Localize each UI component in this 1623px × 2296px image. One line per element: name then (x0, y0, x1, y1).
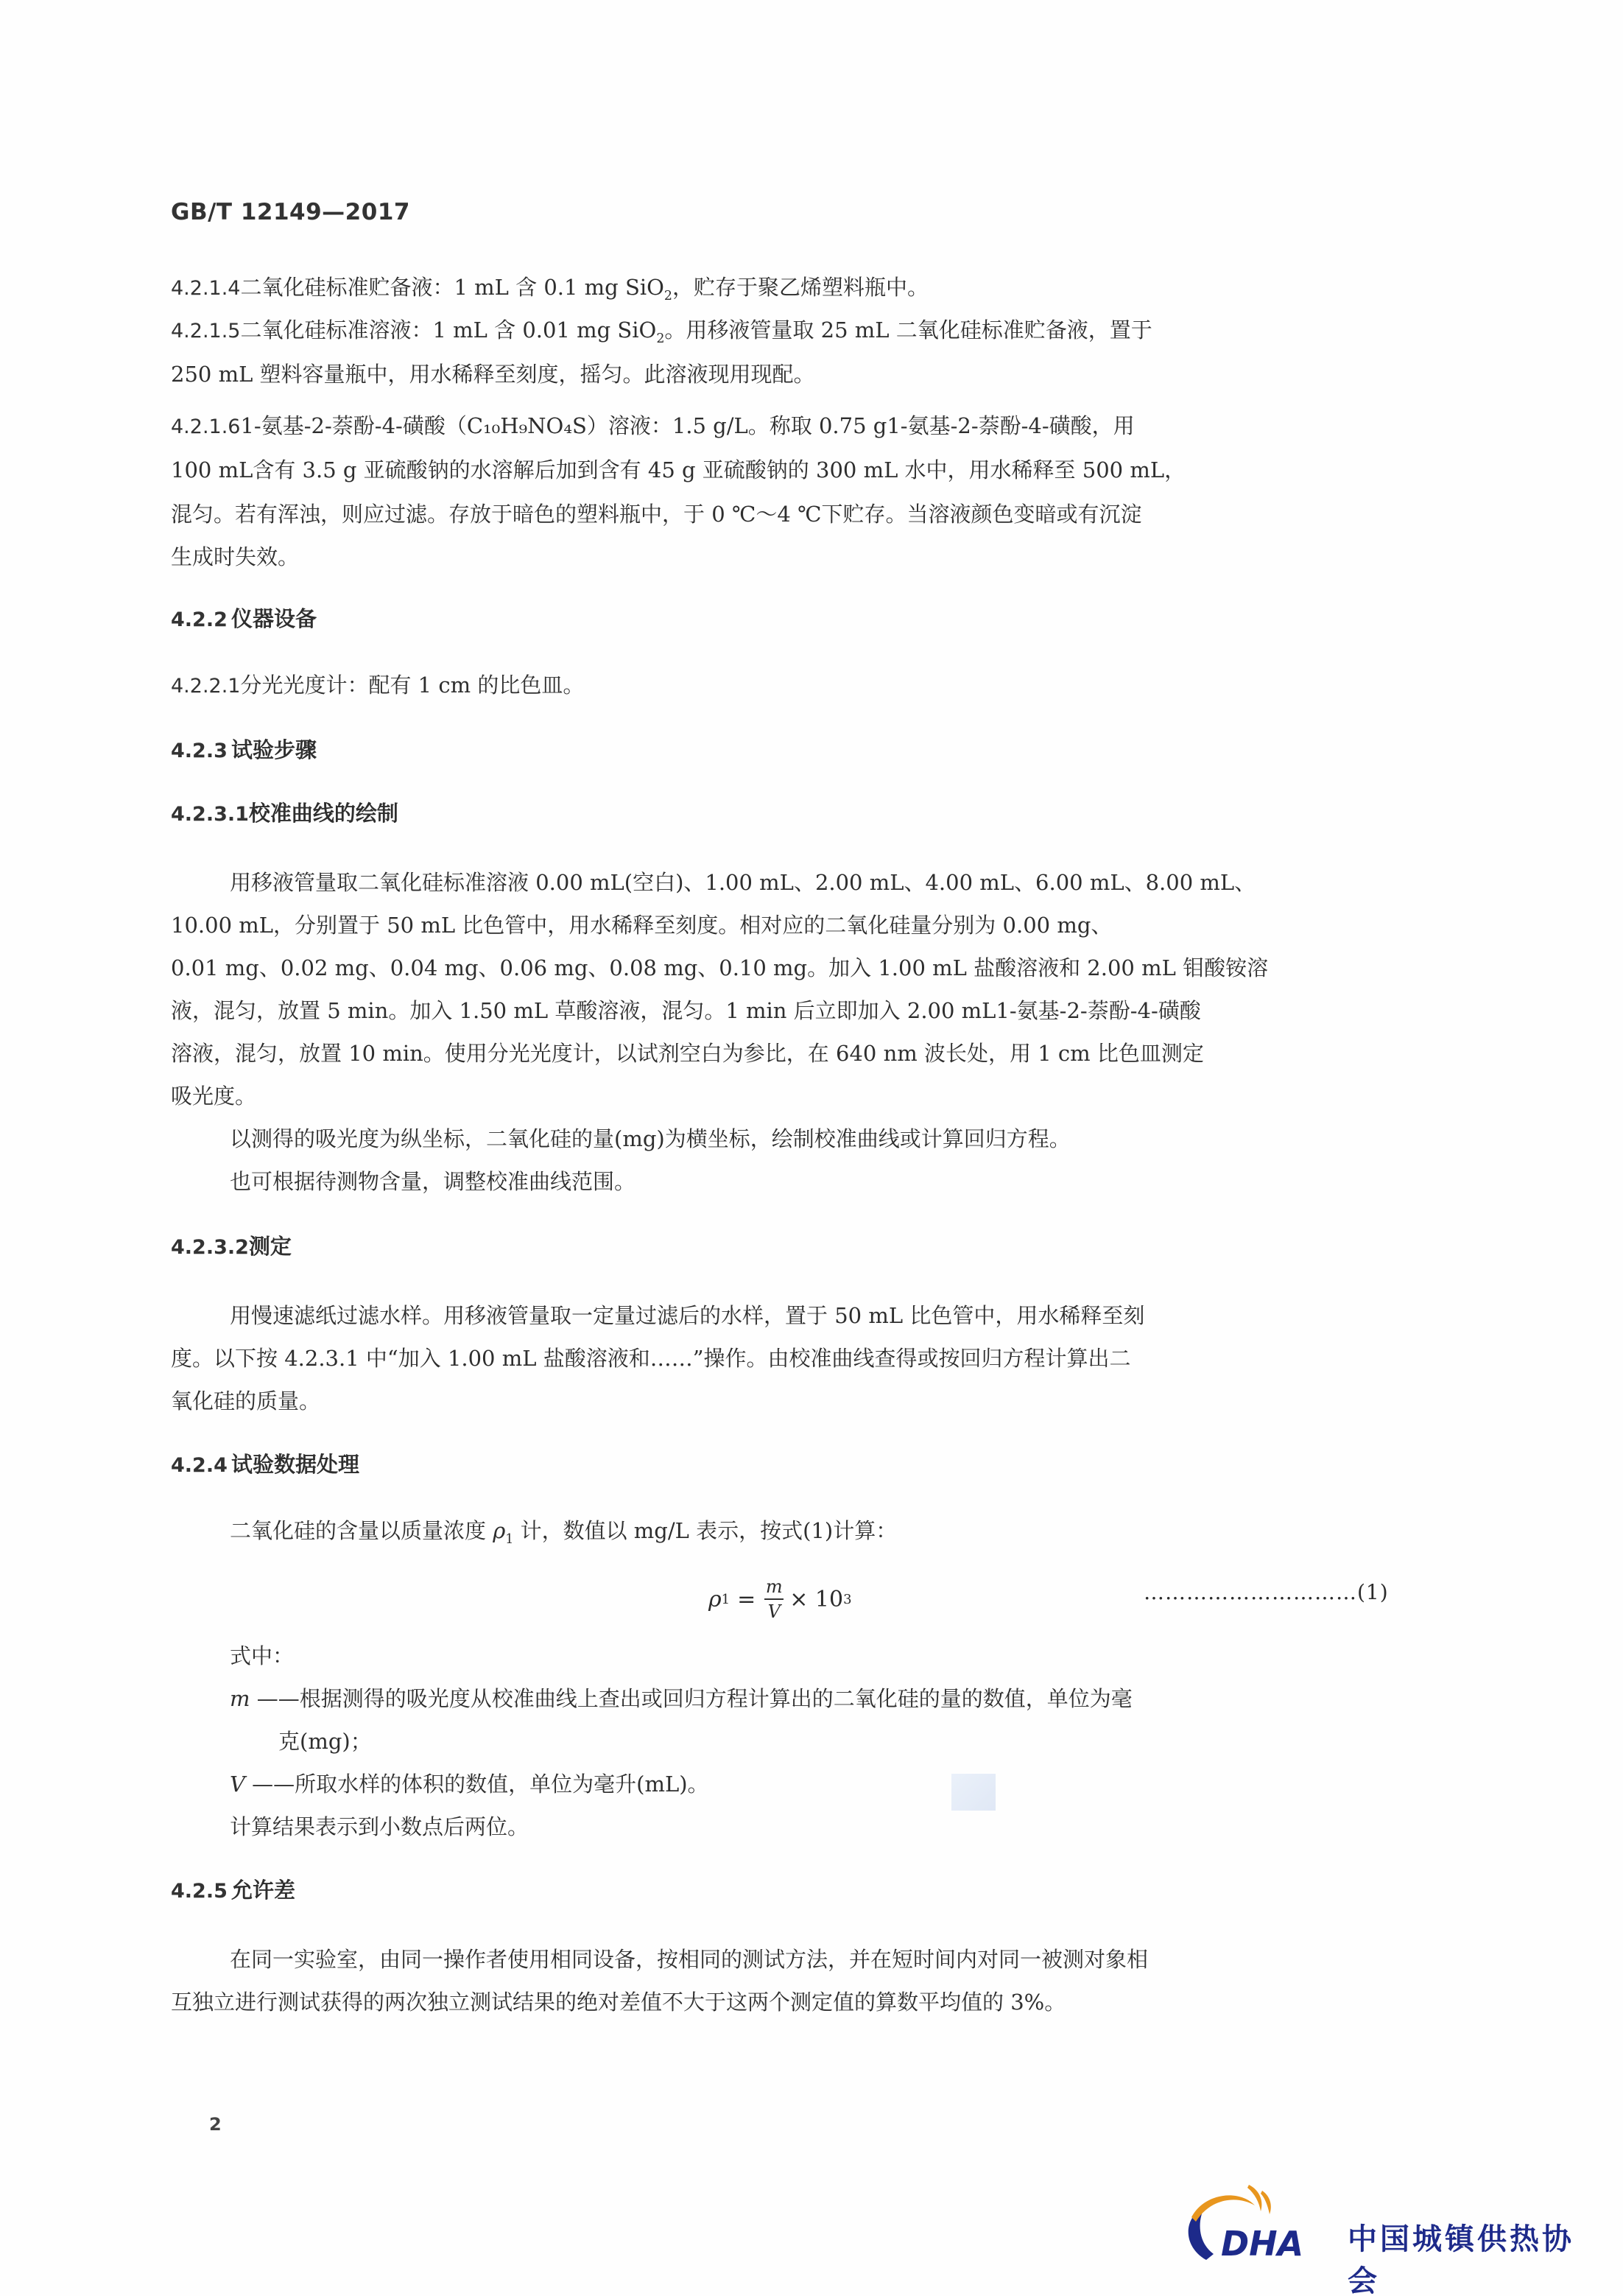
clause-number: 4.2.1.4 (171, 274, 240, 303)
clause-4-2-1-5-cont: 250 mL 塑料容量瓶中，用水稀释至刻度，摇匀。此溶液现用现配。 (171, 359, 815, 389)
clause-4-2-1-6-line2: 100 mL含有 3.5 g 亚硫酸钠的水溶解后加到含有 45 g 亚硫酸钠的 … (171, 455, 1186, 485)
para-4-2-3-1-line3: 0.01 mg、0.02 mg、0.04 mg、0.06 mg、0.08 mg、… (171, 953, 1268, 983)
para-4-2-3-1-line4: 液，混匀，放置 5 min。加入 1.50 mL 草酸溶液，混匀。1 min 后… (171, 996, 1201, 1025)
fraction-bar (764, 1598, 784, 1600)
section-4-2-3-heading: 4.2.3试验步骤 (171, 735, 317, 766)
svg-text:DHA: DHA (1221, 2224, 1303, 2264)
section-4-2-2-heading: 4.2.2仪器设备 (171, 604, 317, 635)
section-4-2-5-heading: 4.2.5允许差 (171, 1875, 295, 1906)
where-v: V ——所取水样的体积的数值，单位为毫升(mL)。 (230, 1769, 709, 1799)
where-label: 式中： (230, 1641, 294, 1671)
para-4-2-3-1-line8: 也可根据待测物含量，调整校准曲线范围。 (230, 1167, 636, 1196)
where-m: m ——根据测得的吸光度从校准曲线上查出或回归方程计算出的二氧化硅的量的数值，单… (230, 1684, 1133, 1713)
clause-4-2-1-6-line4: 生成时失效。 (171, 542, 299, 572)
clause-4-2-1-5: 4.2.1.5二氧化硅标准溶液：1 mL 含 0.01 mg SiO2。用移液管… (171, 315, 1152, 354)
document-page: GB/T 12149—2017 4.2.1.4二氧化硅标准贮备液：1 mL 含 … (0, 0, 1623, 2296)
clause-4-2-1-6: 4.2.1.61-氨基-2-萘酚-4-磺酸（C₁₀H₉NO₄S）溶液：1.5 g… (171, 411, 1135, 442)
para-4-2-5-line2: 互独立进行测试获得的两次独立测试结果的绝对差值不大于这两个测定值的算数平均值的 … (171, 1987, 1066, 2017)
logo-org-name: 中国城镇供热协会 (1348, 2216, 1591, 2296)
para-4-2-3-1-line6: 吸光度。 (171, 1081, 256, 1111)
section-4-2-4-heading: 4.2.4试验数据处理 (171, 1450, 359, 1481)
clause-number: 4.2.1.6 (171, 412, 240, 442)
scan-artifact (951, 1774, 996, 1811)
clause-number: 4.2.2.1 (171, 672, 240, 701)
para-4-2-3-1-line7: 以测得的吸光度为纵坐标，二氧化硅的量(mg)为横坐标，绘制校准曲线或计算回归方程… (230, 1124, 1071, 1154)
cdha-logo: DHA 中国城镇供热协会 (1178, 2180, 1591, 2269)
section-4-2-3-2-heading: 4.2.3.2测定 (171, 1232, 292, 1263)
para-4-2-4-intro: 二氧化硅的含量以质量浓度 ρ1 计，数值以 mg/L 表示，按式(1)计算： (230, 1516, 897, 1554)
para-4-2-3-2-line1: 用慢速滤纸过滤水样。用移液管量取一定量过滤后的水样，置于 50 mL 比色管中，… (230, 1301, 1144, 1330)
section-4-2-3-1-heading: 4.2.3.1校准曲线的绘制 (171, 798, 398, 829)
fraction: m V (764, 1576, 784, 1622)
clause-4-2-1-6-line3: 混匀。若有浑浊，则应过滤。存放于暗色的塑料瓶中，于 0 ℃～4 ℃下贮存。当溶液… (171, 499, 1141, 529)
para-4-2-3-1-line2: 10.00 mL，分别置于 50 mL 比色管中，用水稀释至刻度。相对应的二氧化… (171, 910, 1112, 940)
result-precision: 计算结果表示到小数点后两位。 (230, 1812, 529, 1842)
para-4-2-3-1-line1: 用移液管量取二氧化硅标准溶液 0.00 mL(空白)、1.00 mL、2.00 … (230, 868, 1256, 897)
where-m-cont: 克(mg)； (278, 1727, 372, 1756)
equation-number: …………………………(1) (1144, 1580, 1389, 1604)
clause-number: 4.2.1.5 (171, 317, 240, 346)
cdha-emblem-icon: DHA (1178, 2180, 1348, 2269)
standard-id-header: GB/T 12149—2017 (171, 199, 410, 225)
para-4-2-3-2-line3: 氧化硅的质量。 (171, 1386, 320, 1416)
para-4-2-3-2-line2: 度。以下按 4.2.3.1 中“加入 1.00 mL 盐酸溶液和……”操作。由校… (171, 1344, 1131, 1373)
clause-4-2-1-4: 4.2.1.4二氧化硅标准贮备液：1 mL 含 0.1 mg SiO2，贮存于聚… (171, 273, 929, 311)
clause-4-2-2-1: 4.2.2.1分光光度计：配有 1 cm 的比色皿。 (171, 670, 584, 701)
para-4-2-5-line1: 在同一实验室，由同一操作者使用相同设备，按相同的测试方法，并在短时间内对同一被测… (230, 1945, 1148, 1974)
formula-1: ρ1 = m V × 103 (708, 1576, 852, 1622)
para-4-2-3-1-line5: 溶液，混匀，放置 10 min。使用分光光度计，以试剂空白为参比，在 640 n… (171, 1039, 1204, 1068)
page-number: 2 (209, 2114, 222, 2135)
